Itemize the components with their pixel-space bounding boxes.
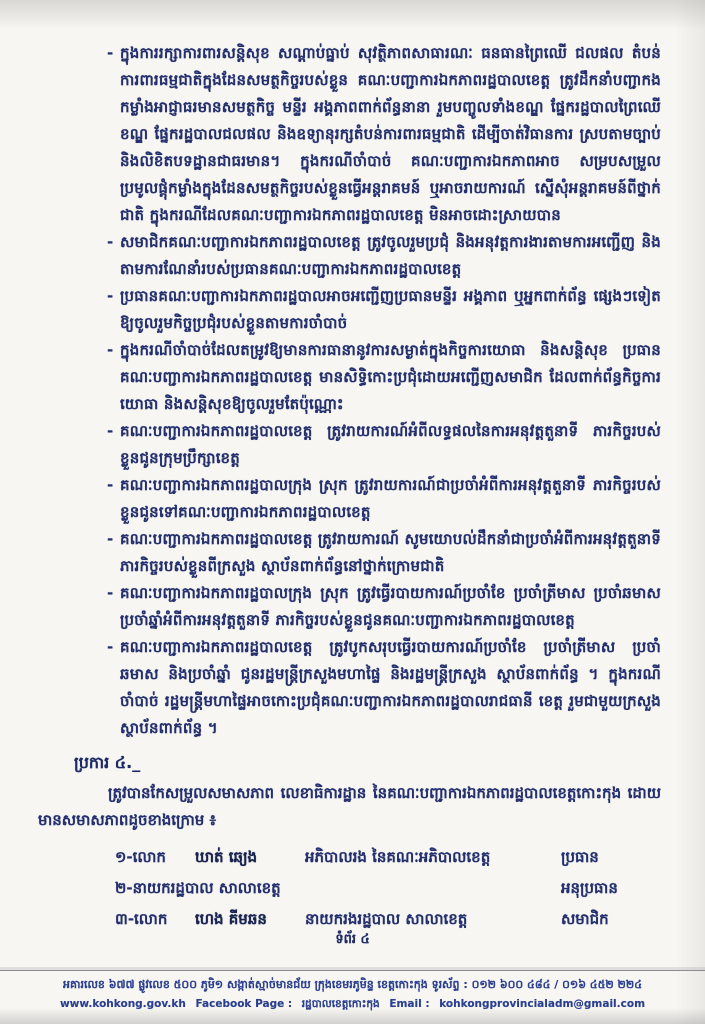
bullet-item: គណៈបញ្ជាការឯកភាពរដ្ឋបាលខេត្ត ត្រូវរាយការ… — [110, 526, 661, 580]
member-role: អនុប្រធាន — [561, 873, 661, 904]
footer-facebook-value: រដ្ឋបាលខេត្តកោះកុង — [302, 998, 380, 1010]
page-number: ទំព័រ ៤ — [0, 931, 705, 950]
member-row: ១-លោក ឃាត់ ឆ្យេង អភិបាលរង នៃគណៈអភិបាលខេត… — [115, 842, 661, 873]
footer-contact-line: www.kohkong.gov.kh Facebook Page : រដ្ឋប… — [10, 996, 695, 1012]
document-body: ក្នុងការរក្សាការពារសន្តិសុខ សណ្តាប់ធ្នាប… — [38, 40, 661, 935]
member-number: ១-លោក — [115, 842, 195, 873]
bullet-item: គណៈបញ្ជាការឯកភាពរដ្ឋបាលខេត្ត ត្រូវបូកសរុ… — [110, 634, 661, 742]
bullet-item: ក្នុងការរក្សាការពារសន្តិសុខ សណ្តាប់ធ្នាប… — [110, 40, 661, 229]
bullet-item: សមាជិកគណៈបញ្ជាការឯកភាពរដ្ឋបាលខេត្ត ត្រូវ… — [110, 229, 661, 283]
duty-bullet-list: ក្នុងការរក្សាការពារសន្តិសុខ សណ្តាប់ធ្នាប… — [110, 40, 661, 742]
letterhead-footer: អគារលេខ ៦៧៧ ផ្លូវលេខ ៥០០ ភូមិ១ សង្កាត់ស្… — [0, 970, 705, 1012]
member-name: ឃាត់ ឆ្យេង — [195, 842, 305, 873]
footer-address-line: អគារលេខ ៦៧៧ ផ្លូវលេខ ៥០០ ភូមិ១ សង្កាត់ស្… — [10, 976, 695, 993]
footer-email-value: kohkongprovincialadm@gmail.com — [439, 998, 645, 1010]
scanned-document-page: ក្នុងការរក្សាការពារសន្តិសុខ សណ្តាប់ធ្នាប… — [0, 0, 705, 1024]
member-position: អភិបាលរង នៃគណៈអភិបាលខេត្ត — [305, 842, 490, 873]
member-role: ប្រធាន — [561, 842, 661, 873]
article-intro-paragraph: ត្រូវបានកែសម្រួលសមាសភាព លេខាធិការដ្ឋាន ន… — [38, 780, 661, 834]
member-row: ២-នាយករដ្ឋបាល សាលាខេត្ត អនុប្រធាន — [115, 873, 661, 904]
bullet-item: ប្រធានគណៈបញ្ជាការឯកភាពរដ្ឋបាលអាចអញ្ជើញប្… — [110, 283, 661, 337]
article-heading: ប្រការ ៤._ — [74, 752, 661, 776]
bullet-item: គណៈបញ្ជាការឯកភាពរដ្ឋបាលក្រុង ស្រុក ត្រូវ… — [110, 472, 661, 526]
bullet-item: គណៈបញ្ជាការឯកភាពរដ្ឋបាលខេត្ត ត្រូវរាយការ… — [110, 418, 661, 472]
member-number: ២-នាយករដ្ឋបាល សាលាខេត្ត — [115, 873, 281, 904]
footer-website: www.kohkong.gov.kh — [60, 998, 186, 1010]
footer-facebook-label: Facebook Page : — [196, 998, 293, 1010]
secretariat-member-list: ១-លោក ឃាត់ ឆ្យេង អភិបាលរង នៃគណៈអភិបាលខេត… — [115, 842, 661, 935]
footer-email-label: Email : — [389, 998, 429, 1010]
bullet-item: ក្នុងករណីចាំបាច់ដែលតម្រូវឱ្យមានការធានានូ… — [110, 337, 661, 418]
bullet-item: គណៈបញ្ជាការឯកភាពរដ្ឋបាលក្រុង ស្រុក ត្រូវ… — [110, 580, 661, 634]
